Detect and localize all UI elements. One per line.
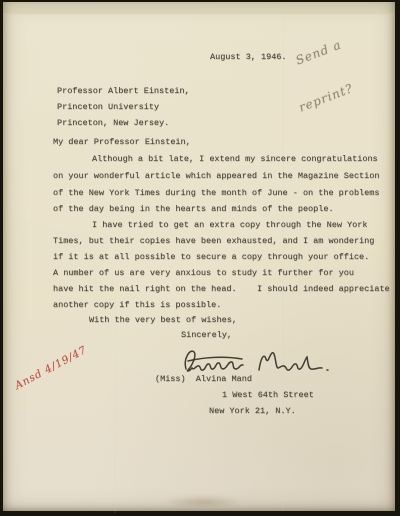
body-line: of the New York Times during the month o… — [53, 188, 379, 198]
pencil-note-line: reprint? — [297, 79, 360, 115]
letter-date: August 3, 1946. — [210, 52, 287, 62]
salutation: My dear Professor Einstein, — [53, 137, 191, 147]
closing-line: With the very best of wishes, — [89, 315, 237, 325]
signoff-line: Sincerely, — [181, 330, 232, 340]
body-line: if it is at all possible to secure a cop… — [53, 252, 369, 262]
body-line: of the day being in the hearts and minds… — [53, 204, 334, 214]
signature-strokes — [179, 344, 335, 376]
body-line: have hit the nail right on the head. I s… — [53, 284, 390, 294]
paper-smudge — [163, 496, 243, 508]
body-line: Times, but their copies have been exhaus… — [53, 236, 374, 246]
recipient-line: Professor Albert Einstein, — [57, 86, 190, 96]
sender-address-line: New York 21, N.Y. — [209, 406, 296, 416]
sender-address-line: 1 West 64th Street — [222, 390, 314, 400]
body-line: Although a bit late, I extend my sincere… — [92, 154, 378, 164]
handwritten-signature: Alvina Mand. — [179, 344, 335, 376]
recipient-line: Princeton, New Jersey. — [57, 118, 169, 128]
body-line: on your wonderful article which appeared… — [53, 171, 379, 181]
body-line: another copy if this is possible. — [53, 300, 221, 310]
red-date-annotation: Ansd 4/19/47 — [13, 344, 89, 392]
body-line: I have tried to get an extra copy throug… — [92, 220, 367, 230]
pencil-note-line: Send a — [294, 37, 344, 68]
body-line: A number of us are very anxious to study… — [53, 268, 354, 278]
scanned-letter: August 3, 1946. Professor Albert Einstei… — [0, 0, 400, 516]
letter-paper: August 3, 1946. Professor Albert Einstei… — [3, 2, 395, 511]
typed-name: (Miss) Alvina Mand — [155, 374, 252, 384]
fold-crease-vertical — [114, 292, 116, 513]
fold-crease-horizontal — [3, 13, 395, 15]
pencil-note: Send a reprint? — [283, 9, 371, 138]
recipient-line: Princeton University — [57, 102, 159, 112]
